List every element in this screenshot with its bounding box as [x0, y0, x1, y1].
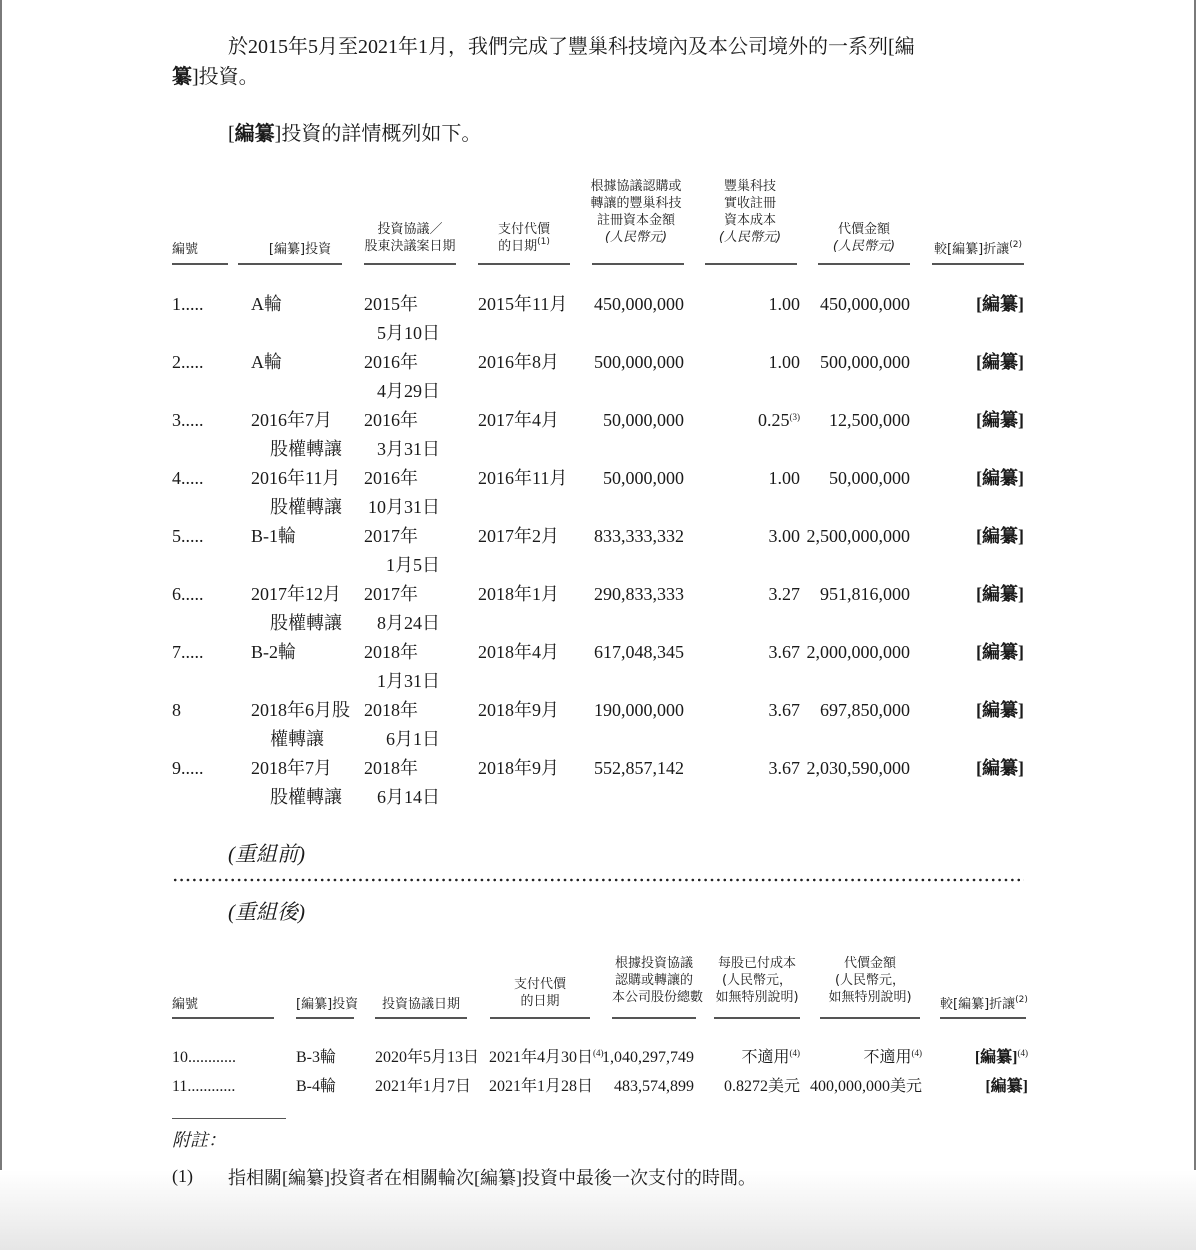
agreement-date-day: 10月31日 — [364, 493, 440, 522]
header-line: 資本成本 — [704, 212, 796, 229]
agreement-date-year: 2017年 — [364, 522, 418, 551]
agreement-date-year: 2016年 — [364, 406, 418, 435]
header-line: 支付代價 — [490, 976, 590, 993]
bracket: [ — [228, 123, 235, 145]
payment-date: 2021年1月28日 — [489, 1072, 593, 1101]
registered-capital: 50,000,000 — [582, 406, 684, 435]
registered-capital: 617,048,345 — [582, 638, 684, 667]
header-line: 豐巢科技 — [704, 178, 796, 195]
discount-redacted: [編纂] — [940, 464, 1024, 493]
investment-name: B-1輪 — [251, 522, 296, 551]
header-underline — [172, 1017, 274, 1019]
row-number: 5..... — [172, 522, 204, 551]
header-line: (人民幣元， — [714, 972, 800, 989]
row-number: 3..... — [172, 406, 204, 435]
header-line: 投資協議／ — [364, 221, 456, 238]
page-left-edge — [0, 0, 2, 1250]
row-number: 6..... — [172, 580, 204, 609]
payment-date: 2018年9月 — [478, 696, 559, 725]
cost-value: 0.8272美元 — [724, 1078, 800, 1095]
header-underline — [375, 1017, 467, 1019]
row-number: 2..... — [172, 348, 204, 377]
footnote-ref: (4) — [790, 1048, 801, 1058]
redacted-text: 纂 — [172, 66, 192, 88]
header-line: 如無特別說明) — [820, 989, 920, 1006]
payment-date: 2018年1月 — [478, 580, 559, 609]
header-underline — [296, 1017, 354, 1019]
col-header-shares: 根據投資協議 認購或轉讓的 本公司股份總數 — [612, 955, 696, 1006]
investment-name: 2016年11月 — [251, 464, 340, 493]
row-number: 1..... — [172, 290, 204, 319]
redacted-value: [編纂] — [975, 1049, 1018, 1066]
investment-name-line2: 股權轉讓 — [270, 493, 342, 522]
header-line: 每股已付成本 — [714, 955, 800, 972]
row-number: 11............ — [172, 1072, 235, 1101]
cost-value: 不適用 — [741, 1049, 789, 1066]
col-header-consideration: 代價金額 (人民幣元， 如無特別說明) — [820, 955, 920, 1006]
header-line: 如無特別說明) — [714, 989, 800, 1006]
section-before-label: (重組前) — [228, 838, 305, 868]
investment-name-line2: 股權轉讓 — [270, 783, 342, 812]
header-underline — [932, 263, 1024, 265]
header-underline — [592, 263, 684, 265]
section-after-label: (重組後) — [228, 896, 305, 926]
header-underline — [172, 263, 228, 265]
header-text: 的日期 — [498, 239, 537, 254]
payment-date: 2015年11月 — [478, 290, 567, 319]
discount-redacted: [編纂] — [940, 696, 1024, 725]
consideration-amount: 450,000,000 — [790, 290, 910, 319]
intro-paragraph-tail: ]投資。 — [192, 66, 259, 88]
footnote-ref: (1) — [537, 237, 550, 247]
col-header-no: 編號 — [172, 241, 198, 258]
header-underline — [478, 263, 570, 265]
agreement-date-day: 1月31日 — [364, 667, 440, 696]
registered-capital: 500,000,000 — [582, 348, 684, 377]
footnote-ref: (4) — [912, 1048, 923, 1058]
agreement-date-day: 5月10日 — [364, 319, 440, 348]
payment-date: 2016年8月 — [478, 348, 559, 377]
investment-name-line2: 權轉讓 — [270, 725, 324, 754]
agreement-date-day: 6月14日 — [364, 783, 440, 812]
payment-date: 2018年9月 — [478, 754, 559, 783]
discount-redacted: [編纂] — [940, 290, 1024, 319]
amount-value: 不適用 — [863, 1049, 911, 1066]
header-line: 的日期 — [490, 993, 590, 1010]
agreement-date-day: 4月29日 — [364, 377, 440, 406]
header-underline — [705, 263, 797, 265]
header-underline — [490, 1017, 590, 1019]
col-header-investment: [編纂]投資 — [238, 241, 362, 258]
capital-cost: 1.00 — [700, 464, 800, 493]
investment-name: A輪 — [251, 348, 282, 377]
agreement-date-year: 2015年 — [364, 290, 418, 319]
investment-name-line2: 股權轉讓 — [270, 435, 342, 464]
header-underline — [612, 1017, 696, 1019]
capital-cost: 3.67 — [700, 696, 800, 725]
agreement-date-day: 3月31日 — [364, 435, 440, 464]
discount-redacted: [編纂](4) — [940, 1043, 1028, 1072]
consideration-amount: 2,500,000,000 — [790, 522, 910, 551]
redacted-value: [編纂] — [985, 1078, 1028, 1095]
header-line: 的日期(1) — [478, 238, 570, 255]
header-line: 股東決議案日期 — [364, 238, 456, 255]
capital-cost: 0.25(3) — [700, 406, 800, 435]
header-underline — [364, 263, 456, 265]
agreement-date-year: 2018年 — [364, 638, 418, 667]
header-line: 認購或轉讓的 — [612, 972, 696, 989]
registered-capital: 190,000,000 — [582, 696, 684, 725]
note-marker: (1) — [172, 1166, 193, 1187]
registered-capital: 290,833,333 — [582, 580, 684, 609]
footnote-ref: (2) — [1015, 995, 1028, 1005]
notes-title: 附註： — [172, 1126, 226, 1152]
discount-redacted: [編纂] — [940, 754, 1024, 783]
summary-sentence: [編纂]投資的詳情概列如下。 — [228, 119, 481, 149]
row-number: 10............ — [172, 1043, 236, 1072]
header-line: (人民幣元， — [820, 972, 920, 989]
header-unit: (人民幣元) — [605, 230, 667, 245]
capital-cost: 3.67 — [700, 754, 800, 783]
agreement-date: 2020年5月13日 — [375, 1043, 479, 1072]
col-header-capital-cost: 豐巢科技 實收註冊 資本成本 (人民幣元) — [704, 178, 796, 246]
consideration-amount: 2,000,000,000 — [790, 638, 910, 667]
capital-cost: 1.00 — [700, 290, 800, 319]
agreement-date-year: 2017年 — [364, 580, 418, 609]
investment-name: 2018年7月 — [251, 754, 332, 783]
header-underline — [714, 1017, 800, 1019]
col-header-discount: 較[編纂]折讓(2) — [932, 241, 1024, 258]
registered-capital: 552,857,142 — [582, 754, 684, 783]
agreement-date-year: 2016年 — [364, 464, 418, 493]
agreement-date-day: 8月24日 — [364, 609, 440, 638]
header-line: 本公司股份總數 — [612, 989, 696, 1006]
discount-redacted: [編纂] — [940, 348, 1024, 377]
cost-per-share: 不適用(4) — [700, 1043, 800, 1072]
header-underline — [818, 263, 910, 265]
payment-date: 2016年11月 — [478, 464, 567, 493]
redacted-text: 編纂 — [235, 123, 275, 145]
agreement-date-year: 2016年 — [364, 348, 418, 377]
note-text: 指相關[編纂]投資者在相關輪次[編纂]投資中最後一次支付的時間。 — [228, 1164, 756, 1190]
investment-name: 2018年6月股 — [251, 696, 350, 725]
header-unit: (人民幣元) — [833, 239, 895, 254]
consideration-amount: 951,816,000 — [790, 580, 910, 609]
header-line: 根據投資協議 — [612, 955, 696, 972]
row-number: 7..... — [172, 638, 204, 667]
payment-date: 2017年2月 — [478, 522, 559, 551]
notes-rule — [172, 1118, 286, 1119]
discount-redacted: [編纂] — [940, 406, 1024, 435]
registered-capital: 833,333,332 — [582, 522, 684, 551]
payment-date-value: 2021年1月28日 — [489, 1078, 593, 1095]
header-line: 根據協議認購或 — [588, 178, 684, 195]
header-text: 較[編纂]折讓 — [934, 242, 1009, 257]
header-text: 較[編纂]折讓 — [940, 997, 1015, 1012]
agreement-date-year: 2018年 — [364, 754, 418, 783]
header-underline — [940, 1017, 1026, 1019]
footnote-ref: (2) — [1009, 240, 1022, 250]
discount-redacted: [編纂] — [940, 1072, 1028, 1101]
footnote-ref: (4) — [1018, 1048, 1029, 1058]
col-header-no: 編號 — [172, 996, 198, 1013]
share-count: 1,040,297,749 — [600, 1043, 694, 1072]
agreement-date-day: 6月1日 — [364, 725, 440, 754]
registered-capital: 50,000,000 — [582, 464, 684, 493]
investment-name: B-3輪 — [296, 1043, 336, 1072]
header-line: 實收註冊 — [704, 195, 796, 212]
header-line: 代價金額 — [818, 221, 910, 238]
capital-cost: 1.00 — [700, 348, 800, 377]
investment-name: 2016年7月 — [251, 406, 332, 435]
capital-cost: 3.00 — [700, 522, 800, 551]
col-header-registered-capital: 根據協議認購或 轉讓的豐巢科技 註冊資本金額 (人民幣元) — [588, 178, 684, 246]
agreement-date-year: 2018年 — [364, 696, 418, 725]
row-number: 8 — [172, 696, 181, 725]
consideration-amount: 不適用(4) — [800, 1043, 922, 1072]
registered-capital: 450,000,000 — [582, 290, 684, 319]
row-number: 9..... — [172, 754, 204, 783]
capital-cost: 3.67 — [700, 638, 800, 667]
discount-redacted: [編纂] — [940, 580, 1024, 609]
consideration-amount: 400,000,000美元 — [800, 1072, 922, 1101]
investment-name: B-4輪 — [296, 1072, 336, 1101]
header-line: 代價金額 — [820, 955, 920, 972]
discount-redacted: [編纂] — [940, 522, 1024, 551]
section-divider — [172, 878, 1024, 882]
investment-name-line2: 股權轉讓 — [270, 609, 342, 638]
payment-date: 2021年4月30日(4) — [489, 1043, 604, 1072]
payment-date: 2017年4月 — [478, 406, 559, 435]
share-count: 483,574,899 — [600, 1072, 694, 1101]
col-header-cost-per-share: 每股已付成本 (人民幣元， 如無特別說明) — [714, 955, 800, 1006]
discount-redacted: [編纂] — [940, 638, 1024, 667]
col-header-investment: [編纂]投資 — [296, 996, 354, 1013]
col-header-payment-date: 支付代價 的日期(1) — [478, 221, 570, 255]
agreement-date: 2021年1月7日 — [375, 1072, 471, 1101]
intro-paragraph-line1: 於2015年5月至2021年1月，我們完成了豐巢科技境內及本公司境外的一系列[編 — [228, 32, 915, 62]
consideration-amount: 2,030,590,000 — [790, 754, 910, 783]
summary-tail: ]投資的詳情概列如下。 — [275, 123, 482, 145]
header-line: 支付代價 — [478, 221, 570, 238]
col-header-agreement-date: 投資協議／ 股東決議案日期 — [364, 221, 456, 255]
header-line: 轉讓的豐巢科技 — [588, 195, 684, 212]
header-underline — [238, 263, 342, 265]
col-header-payment-date: 支付代價 的日期 — [490, 976, 590, 1010]
amount-value: 400,000,000美元 — [810, 1078, 922, 1095]
intro-paragraph-line2: 纂]投資。 — [172, 62, 259, 92]
capital-cost: 3.27 — [700, 580, 800, 609]
capital-cost-value: 0.25 — [758, 410, 790, 430]
payment-date: 2018年4月 — [478, 638, 559, 667]
header-underline — [820, 1017, 920, 1019]
payment-date-value: 2021年4月30日 — [489, 1049, 593, 1066]
col-header-discount: 較[編纂]折讓(2) — [940, 996, 1026, 1013]
col-header-consideration: 代價金額 (人民幣元) — [818, 221, 910, 255]
investment-name: B-2輪 — [251, 638, 296, 667]
investment-name: A輪 — [251, 290, 282, 319]
agreement-date-day: 1月5日 — [364, 551, 440, 580]
cost-per-share: 0.8272美元 — [700, 1072, 800, 1101]
header-unit: (人民幣元) — [719, 230, 781, 245]
investment-name: 2017年12月 — [251, 580, 341, 609]
col-header-agreement-date: 投資協議日期 — [375, 996, 467, 1013]
consideration-amount: 12,500,000 — [790, 406, 910, 435]
row-number: 4..... — [172, 464, 204, 493]
consideration-amount: 50,000,000 — [790, 464, 910, 493]
header-line: 註冊資本金額 — [588, 212, 684, 229]
consideration-amount: 697,850,000 — [790, 696, 910, 725]
consideration-amount: 500,000,000 — [790, 348, 910, 377]
